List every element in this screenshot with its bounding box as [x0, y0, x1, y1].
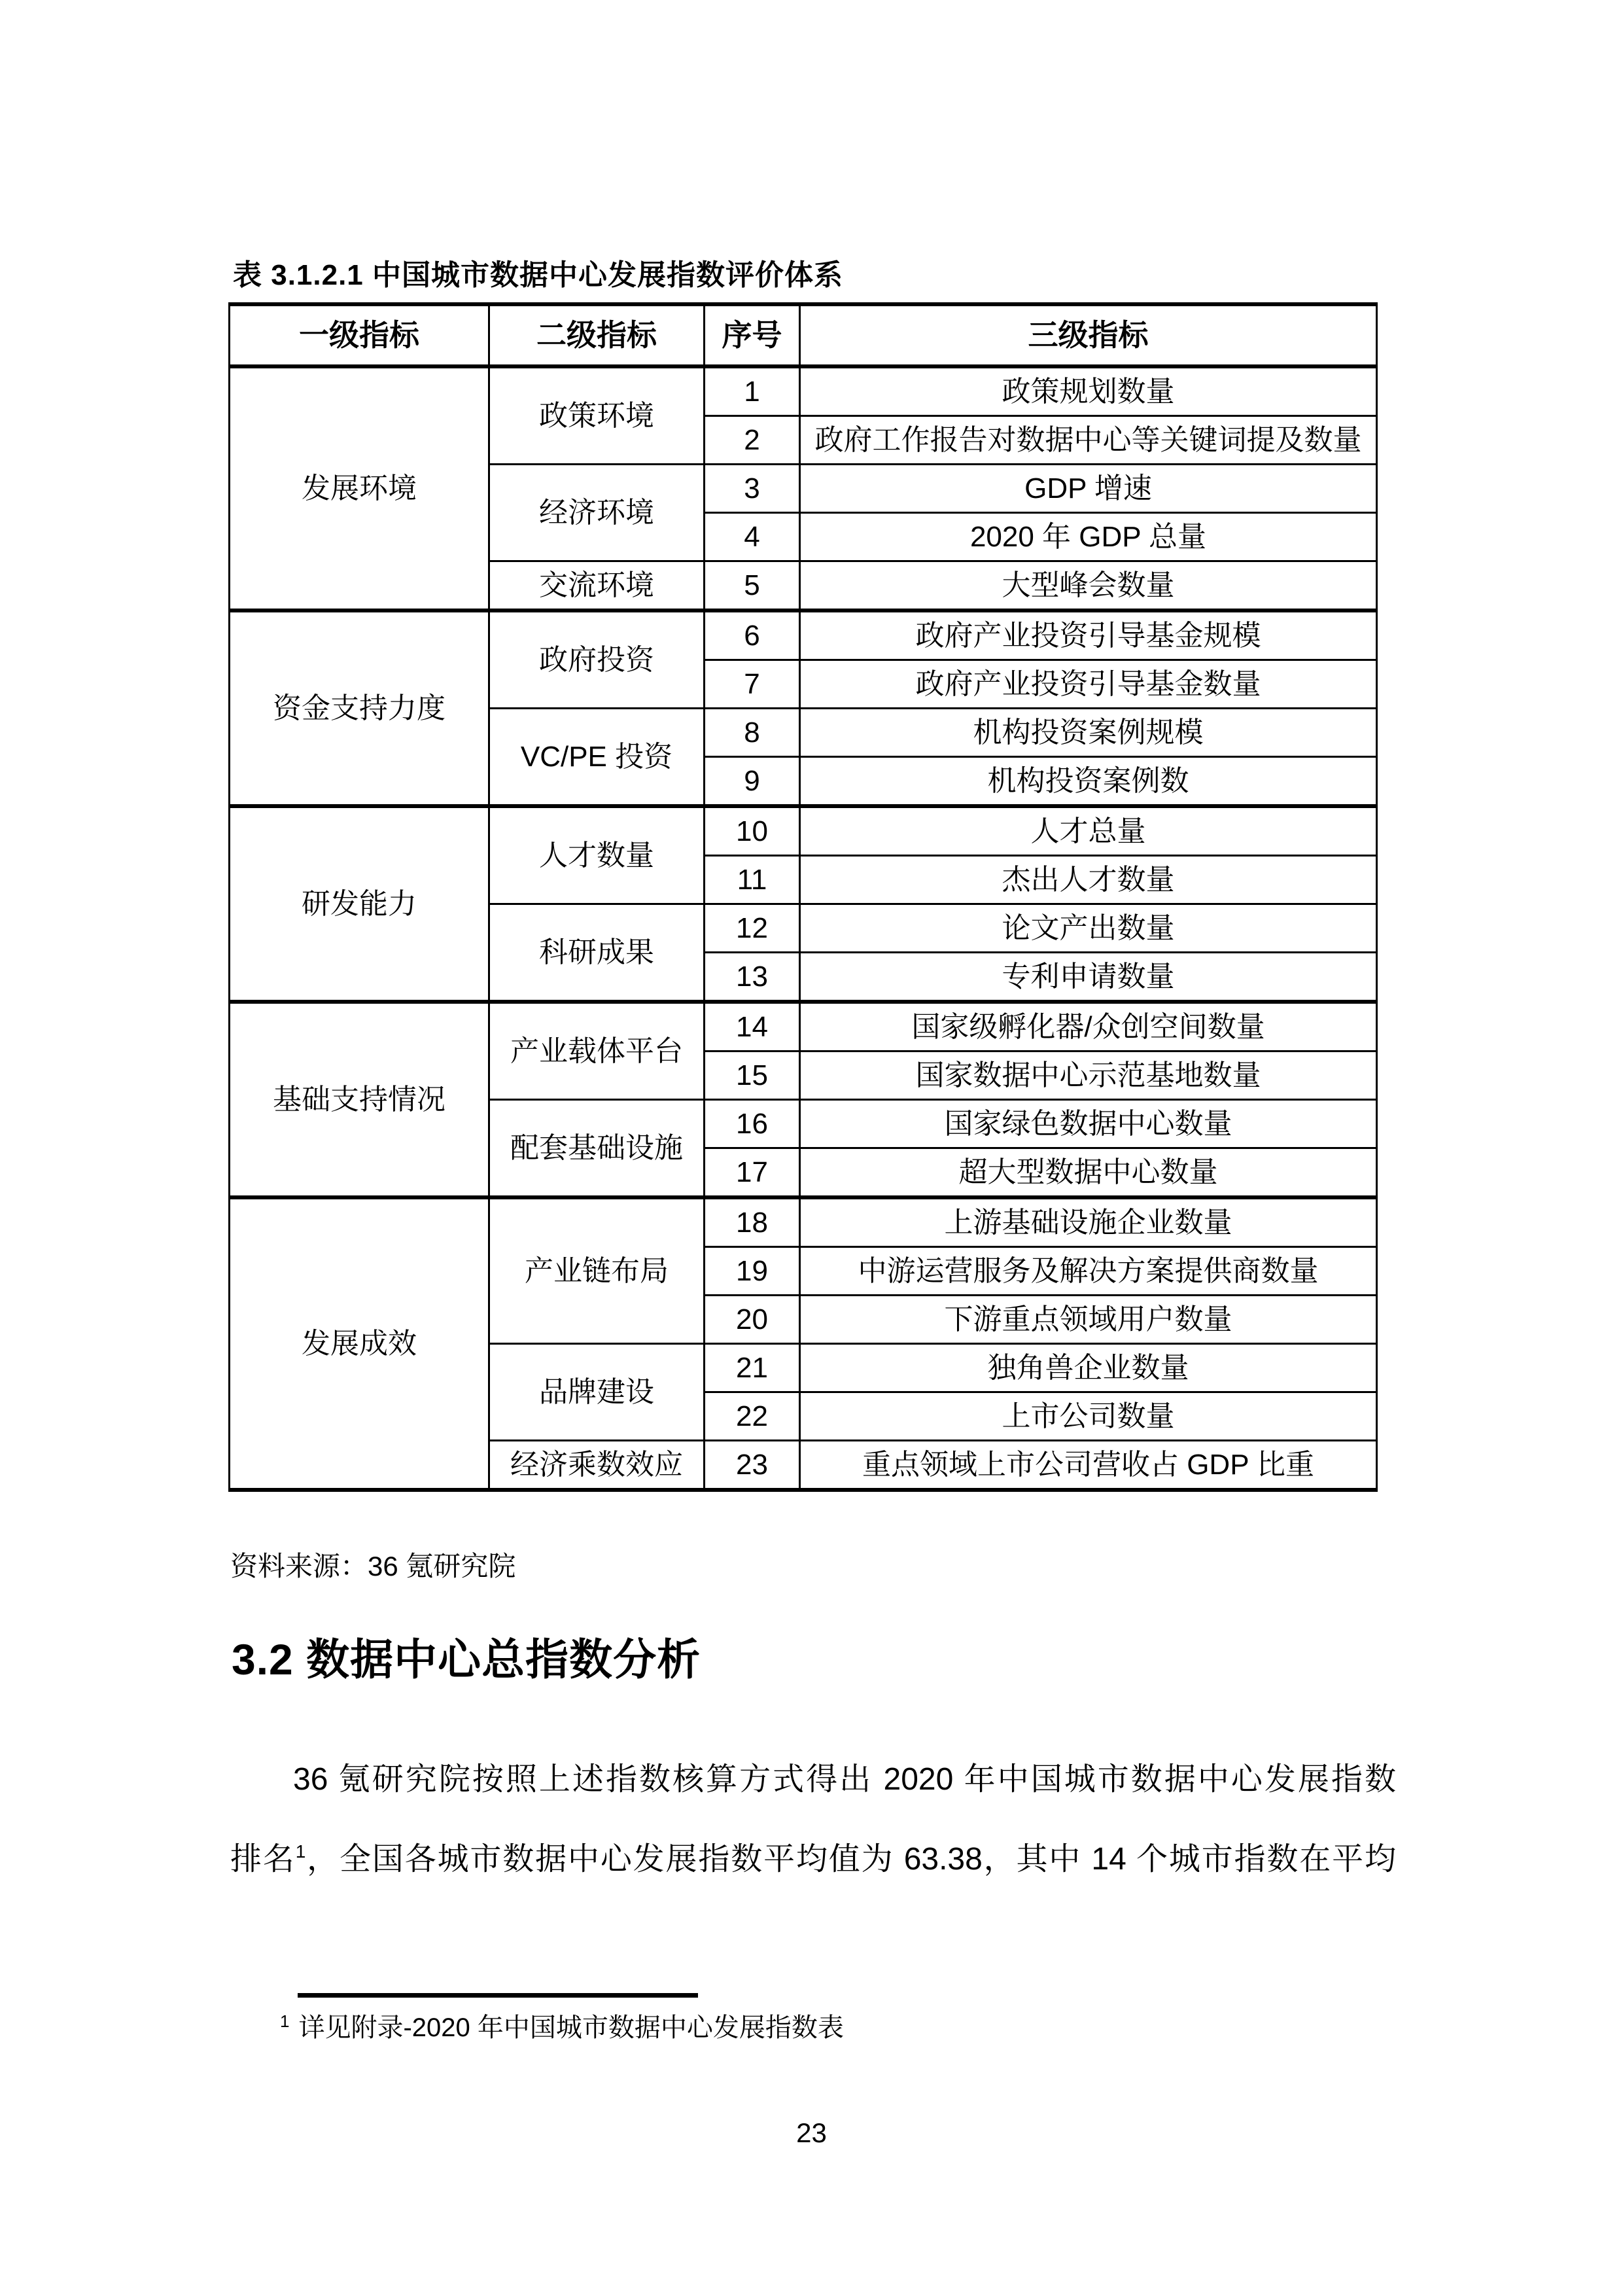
body-line2-text-cont: ，全国各城市数据中心发展指数平均值为 63.38，其中 14 个城市指数在平均 — [305, 1842, 1396, 1877]
level2-indicator-cell: 人才数量 — [489, 806, 705, 904]
seq-number-cell: 12 — [705, 904, 800, 953]
level3-indicator-cell: 政府产业投资引导基金规模 — [800, 610, 1377, 660]
level2-indicator-cell: 经济乘数效应 — [489, 1441, 705, 1491]
level2-indicator-cell: 产业链布局 — [489, 1197, 705, 1344]
level2-indicator-cell: 交流环境 — [489, 561, 705, 611]
seq-number-cell: 16 — [705, 1100, 800, 1148]
level3-indicator-cell: 中游运营服务及解决方案提供商数量 — [800, 1247, 1377, 1296]
level3-indicator-cell: 机构投资案例规模 — [800, 709, 1377, 757]
header-level3-indicator: 三级指标 — [800, 304, 1377, 366]
seq-number-cell: 10 — [705, 806, 800, 856]
level3-indicator-cell: 政策规划数量 — [800, 366, 1377, 416]
seq-number-cell: 11 — [705, 856, 800, 904]
level3-indicator-cell: 论文产出数量 — [800, 904, 1377, 953]
level3-indicator-cell: 2020 年 GDP 总量 — [800, 513, 1377, 561]
level2-indicator-cell: 配套基础设施 — [489, 1100, 705, 1198]
section-heading: 3.2 数据中心总指数分析 — [232, 1632, 701, 1687]
header-level2-indicator: 二级指标 — [489, 304, 705, 366]
level1-indicator-cell: 研发能力 — [230, 806, 489, 1002]
footnote-reference-mark: 1 — [296, 1841, 306, 1862]
level3-indicator-cell: 独角兽企业数量 — [800, 1344, 1377, 1392]
body-paragraph-line-1: 36 氪研究院按照上述指数核算方式得出 2020 年中国城市数据中心发展指数 — [230, 1759, 1396, 1801]
level3-indicator-cell: 国家绿色数据中心数量 — [800, 1100, 1377, 1148]
level3-indicator-cell: 专利申请数量 — [800, 953, 1377, 1002]
seq-number-cell: 9 — [705, 757, 800, 807]
seq-number-cell: 5 — [705, 561, 800, 611]
seq-number-cell: 3 — [705, 465, 800, 513]
level2-indicator-cell: 品牌建设 — [489, 1344, 705, 1441]
level3-indicator-cell: 政府工作报告对数据中心等关键词提及数量 — [800, 416, 1377, 465]
level2-indicator-cell: 科研成果 — [489, 904, 705, 1002]
seq-number-cell: 15 — [705, 1051, 800, 1100]
level3-indicator-cell: 上市公司数量 — [800, 1392, 1377, 1441]
seq-number-cell: 17 — [705, 1148, 800, 1198]
level2-indicator-cell: 政策环境 — [489, 366, 705, 465]
body-paragraph-line-2: 排名1，全国各城市数据中心发展指数平均值为 63.38，其中 14 个城市指数在… — [230, 1839, 1396, 1881]
level3-indicator-cell: 超大型数据中心数量 — [800, 1148, 1377, 1198]
seq-number-cell: 8 — [705, 709, 800, 757]
page-number: 23 — [0, 2117, 1623, 2149]
seq-number-cell: 23 — [705, 1441, 800, 1491]
level2-indicator-cell: 政府投资 — [489, 610, 705, 709]
level3-indicator-cell: GDP 增速 — [800, 465, 1377, 513]
table-caption: 表 3.1.2.1 中国城市数据中心发展指数评价体系 — [233, 256, 843, 294]
seq-number-cell: 6 — [705, 610, 800, 660]
table-row: 资金支持力度政府投资6政府产业投资引导基金规模 — [230, 610, 1377, 660]
level3-indicator-cell: 人才总量 — [800, 806, 1377, 856]
level1-indicator-cell: 资金支持力度 — [230, 610, 489, 806]
level3-indicator-cell: 国家级孵化器/众创空间数量 — [800, 1002, 1377, 1051]
level3-indicator-cell: 上游基础设施企业数量 — [800, 1197, 1377, 1247]
seq-number-cell: 22 — [705, 1392, 800, 1441]
header-level1-indicator: 一级指标 — [230, 304, 489, 366]
level3-indicator-cell: 下游重点领域用户数量 — [800, 1296, 1377, 1344]
level3-indicator-cell: 杰出人才数量 — [800, 856, 1377, 904]
indicator-table-header: 一级指标 二级指标 序号 三级指标 — [230, 304, 1377, 366]
seq-number-cell: 13 — [705, 953, 800, 1002]
footnote-number: 1 — [280, 2011, 289, 2031]
level1-indicator-cell: 发展成效 — [230, 1197, 489, 1490]
level2-indicator-cell: 产业载体平台 — [489, 1002, 705, 1100]
level1-indicator-cell: 基础支持情况 — [230, 1002, 489, 1197]
seq-number-cell: 1 — [705, 366, 800, 416]
table-row: 基础支持情况产业载体平台14国家级孵化器/众创空间数量 — [230, 1002, 1377, 1051]
level3-indicator-cell: 大型峰会数量 — [800, 561, 1377, 611]
level3-indicator-cell: 政府产业投资引导基金数量 — [800, 660, 1377, 709]
level2-indicator-cell: 经济环境 — [489, 465, 705, 561]
seq-number-cell: 18 — [705, 1197, 800, 1247]
footnote: 1详见附录-2020 年中国城市数据中心发展指数表 — [280, 2010, 844, 2045]
seq-number-cell: 4 — [705, 513, 800, 561]
table-row: 发展环境政策环境1政策规划数量 — [230, 366, 1377, 416]
body-line2-text: 排名 — [230, 1842, 296, 1877]
table-row: 发展成效产业链布局18上游基础设施企业数量 — [230, 1197, 1377, 1247]
footnote-separator-rule — [298, 1993, 698, 1998]
level2-indicator-cell: VC/PE 投资 — [489, 709, 705, 807]
source-note: 资料来源：36 氪研究院 — [230, 1548, 515, 1585]
indicator-table: 一级指标 二级指标 序号 三级指标 发展环境政策环境1政策规划数量2政府工作报告… — [228, 302, 1378, 1492]
footnote-text: 详见附录-2020 年中国城市数据中心发展指数表 — [298, 2013, 843, 2042]
seq-number-cell: 7 — [705, 660, 800, 709]
seq-number-cell: 14 — [705, 1002, 800, 1051]
header-seq-number: 序号 — [705, 304, 800, 366]
seq-number-cell: 19 — [705, 1247, 800, 1296]
level3-indicator-cell: 机构投资案例数 — [800, 757, 1377, 807]
level3-indicator-cell: 重点领域上市公司营收占 GDP 比重 — [800, 1441, 1377, 1491]
seq-number-cell: 20 — [705, 1296, 800, 1344]
indicator-table-body: 发展环境政策环境1政策规划数量2政府工作报告对数据中心等关键词提及数量经济环境3… — [230, 366, 1377, 1490]
table-row: 研发能力人才数量10人才总量 — [230, 806, 1377, 856]
seq-number-cell: 21 — [705, 1344, 800, 1392]
seq-number-cell: 2 — [705, 416, 800, 465]
level1-indicator-cell: 发展环境 — [230, 366, 489, 610]
document-page: 表 3.1.2.1 中国城市数据中心发展指数评价体系 一级指标 二级指标 序号 … — [0, 0, 1623, 2296]
level3-indicator-cell: 国家数据中心示范基地数量 — [800, 1051, 1377, 1100]
